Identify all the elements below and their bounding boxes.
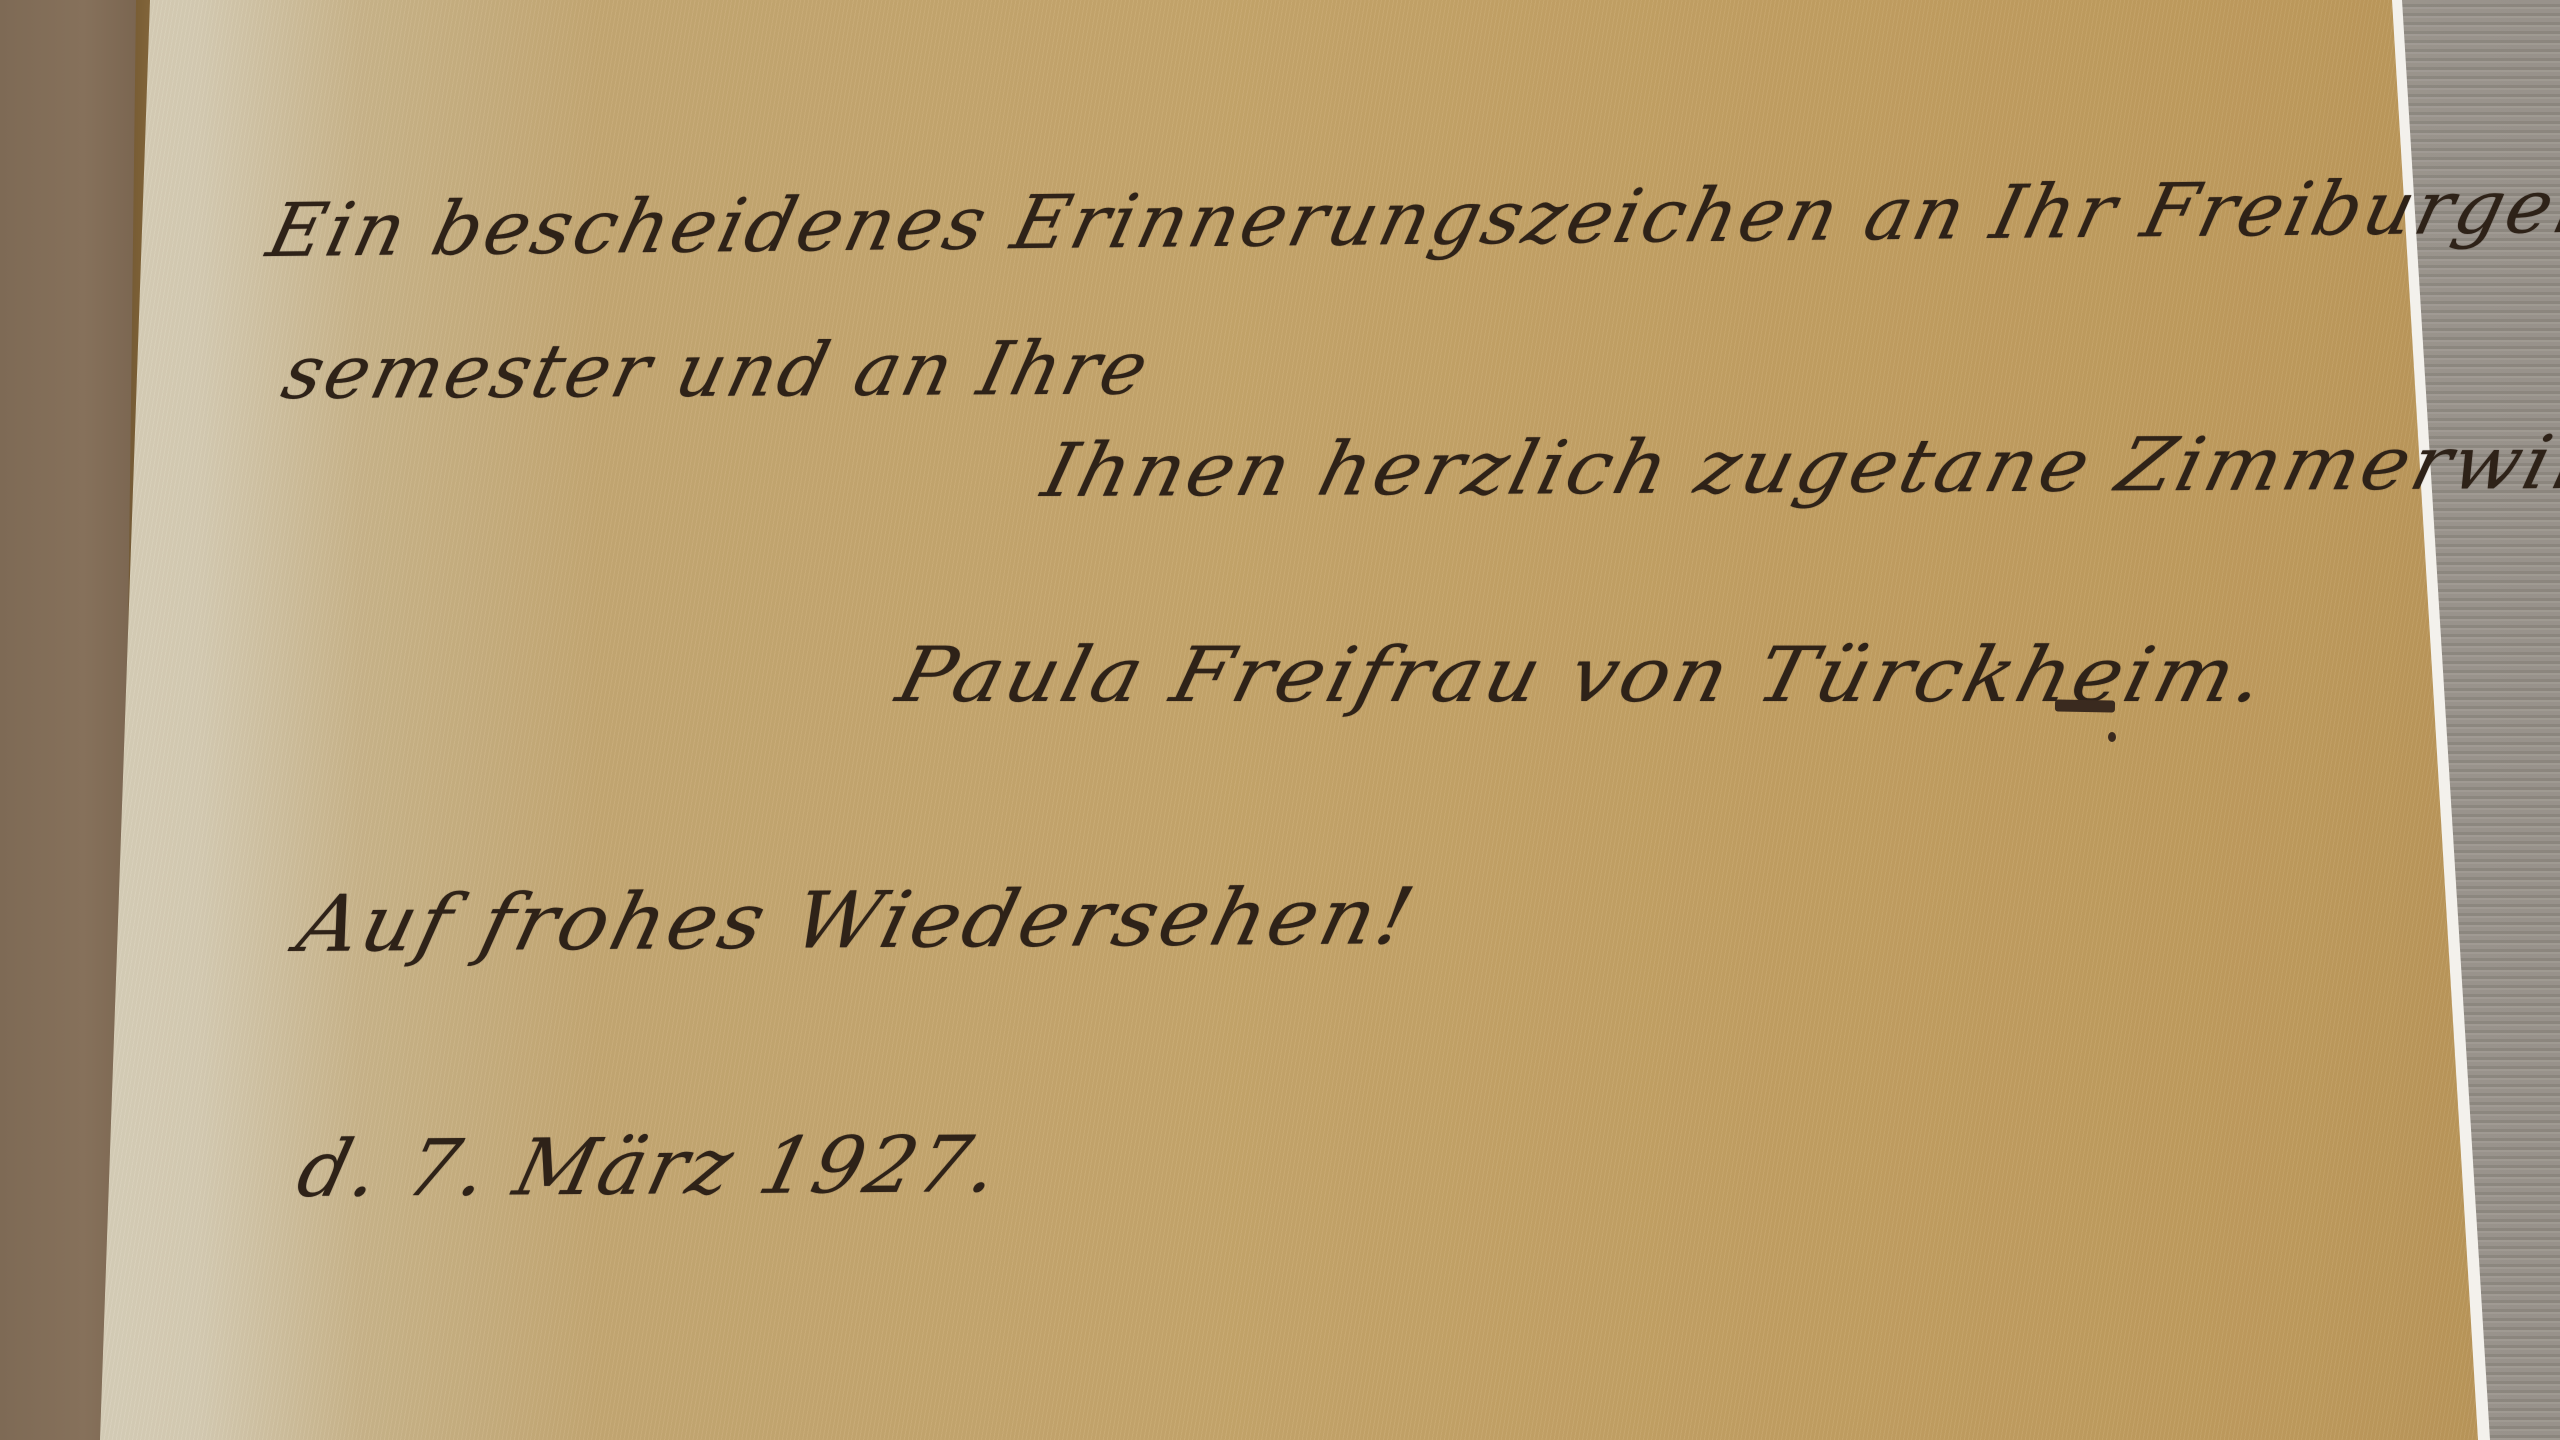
signature-flourish bbox=[2055, 699, 2115, 712]
handwritten-line-2: semester und an Ihre bbox=[275, 325, 1160, 416]
date-line: d. 7. März 1927. bbox=[289, 1120, 1010, 1215]
photo-scene: Ein bescheidenes Erinnerungszeichen an I… bbox=[0, 0, 2560, 1440]
signature-dot bbox=[2108, 732, 2116, 742]
closing-line: Auf frohes Wiedersehen! bbox=[289, 872, 1425, 970]
handwritten-line-3: Ihnen herzlich zugetane Zimmerwirtin bbox=[1035, 419, 2560, 514]
